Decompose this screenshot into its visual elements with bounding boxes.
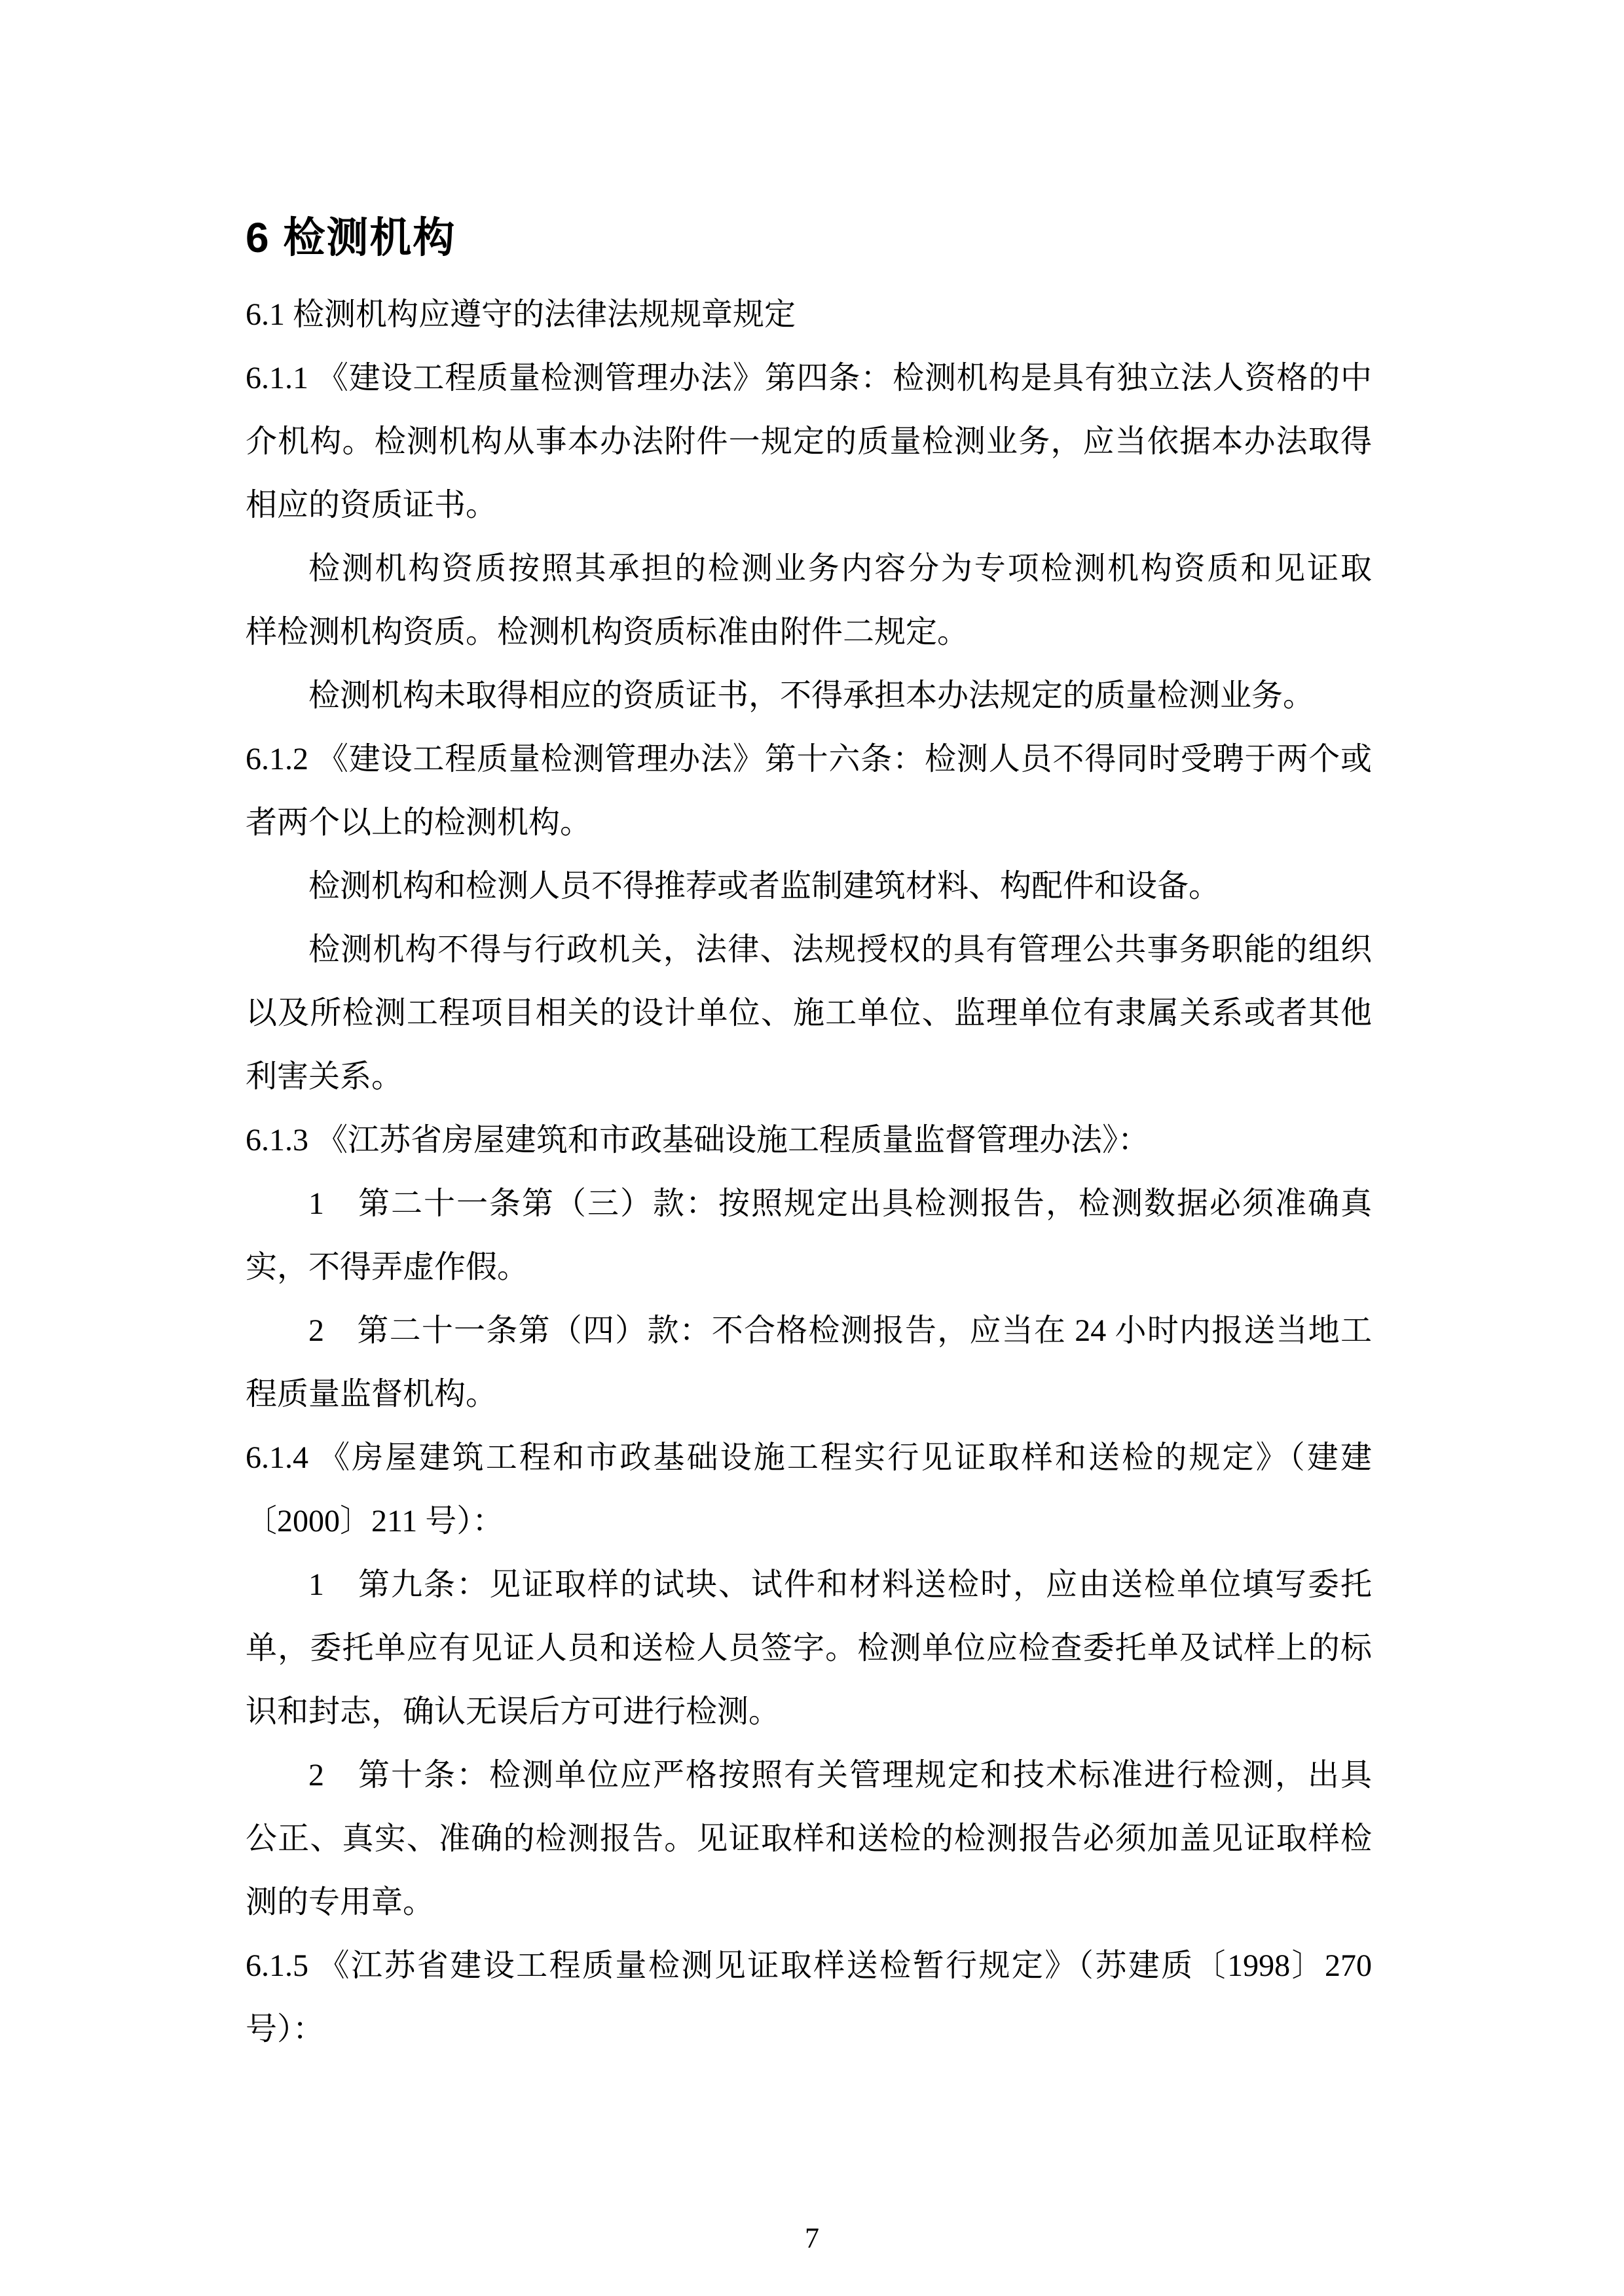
text-line: 程质量监督机构。 [246,1362,1372,1426]
text-line: 号）： [246,1997,1372,2061]
text-line: 2 第十条：检测单位应严格按照有关管理规定和技术标准进行检测，出具 [246,1743,1372,1807]
text-line: 识和封志，确认无误后方可进行检测。 [246,1680,1372,1743]
paragraph: 6.1.5 《江苏省建设工程质量检测见证取样送检暂行规定》（苏建质〔1998〕2… [246,1934,1372,2061]
document-body: 6.1 检测机构应遵守的法律法规规章规定6.1.1 《建设工程质量检测管理办法》… [246,283,1372,2061]
text-line: 2 第二十一条第（四）款：不合格检测报告，应当在 24 小时内报送当地工 [246,1299,1372,1362]
text-line: 6.1.4 《房屋建筑工程和市政基础设施工程实行见证取样和送检的规定》（建建 [246,1426,1372,1489]
paragraph: 1 第九条：见证取样的试块、试件和材料送检时，应由送检单位填写委托单，委托单应有… [246,1553,1372,1743]
paragraph: 1 第二十一条第（三）款：按照规定出具检测报告，检测数据必须准确真实，不得弄虚作… [246,1172,1372,1299]
text-line: 样检测机构资质。检测机构资质标准由附件二规定。 [246,600,1372,664]
text-line: 公正、真实、准确的检测报告。见证取样和送检的检测报告必须加盖见证取样检 [246,1807,1372,1870]
text-line: 检测机构和检测人员不得推荐或者监制建筑材料、构配件和设备。 [246,854,1372,918]
text-line: 检测机构资质按照其承担的检测业务内容分为专项检测机构资质和见证取 [246,537,1372,600]
paragraph: 检测机构资质按照其承担的检测业务内容分为专项检测机构资质和见证取样检测机构资质。… [246,537,1372,664]
text-line: 单，委托单应有见证人员和送检人员签字。检测单位应检查委托单及试样上的标 [246,1616,1372,1680]
text-line: 检测机构不得与行政机关，法律、法规授权的具有管理公共事务职能的组织 [246,918,1372,981]
text-line: 测的专用章。 [246,1870,1372,1934]
text-line: 以及所检测工程项目相关的设计单位、施工单位、监理单位有隶属关系或者其他 [246,981,1372,1045]
text-line: 1 第九条：见证取样的试块、试件和材料送检时，应由送检单位填写委托 [246,1553,1372,1616]
text-line: 〔2000〕211 号）： [246,1489,1372,1553]
text-line: 6.1.5 《江苏省建设工程质量检测见证取样送检暂行规定》（苏建质〔1998〕2… [246,1934,1372,1997]
text-line: 介机构。检测机构从事本办法附件一规定的质量检测业务，应当依据本办法取得 [246,410,1372,473]
paragraph: 检测机构未取得相应的资质证书，不得承担本办法规定的质量检测业务。 [246,664,1372,727]
text-line: 6.1.2 《建设工程质量检测管理办法》第十六条：检测人员不得同时受聘于两个或 [246,727,1372,791]
text-line: 相应的资质证书。 [246,473,1372,537]
text-line: 1 第二十一条第（三）款：按照规定出具检测报告，检测数据必须准确真 [246,1172,1372,1235]
paragraph: 6.1.4 《房屋建筑工程和市政基础设施工程实行见证取样和送检的规定》（建建〔2… [246,1426,1372,1553]
section-heading: 6 检测机构 [246,208,456,267]
paragraph: 6.1.3 《江苏省房屋建筑和市政基础设施工程质量监督管理办法》： [246,1108,1372,1172]
text-line: 6.1.3 《江苏省房屋建筑和市政基础设施工程质量监督管理办法》： [246,1108,1372,1172]
paragraph: 6.1 检测机构应遵守的法律法规规章规定 [246,283,1372,346]
paragraph: 6.1.1 《建设工程质量检测管理办法》第四条：检测机构是具有独立法人资格的中介… [246,346,1372,537]
page-number: 7 [0,2221,1624,2255]
paragraph: 检测机构不得与行政机关，法律、法规授权的具有管理公共事务职能的组织以及所检测工程… [246,918,1372,1108]
text-line: 利害关系。 [246,1045,1372,1108]
paragraph: 2 第十条：检测单位应严格按照有关管理规定和技术标准进行检测，出具公正、真实、准… [246,1743,1372,1934]
text-line: 6.1.1 《建设工程质量检测管理办法》第四条：检测机构是具有独立法人资格的中 [246,346,1372,410]
text-line: 检测机构未取得相应的资质证书，不得承担本办法规定的质量检测业务。 [246,664,1372,727]
paragraph: 检测机构和检测人员不得推荐或者监制建筑材料、构配件和设备。 [246,854,1372,918]
paragraph: 2 第二十一条第（四）款：不合格检测报告，应当在 24 小时内报送当地工程质量监… [246,1299,1372,1426]
paragraph: 6.1.2 《建设工程质量检测管理办法》第十六条：检测人员不得同时受聘于两个或者… [246,727,1372,854]
text-line: 实，不得弄虚作假。 [246,1235,1372,1299]
text-line: 6.1 检测机构应遵守的法律法规规章规定 [246,283,1372,346]
document-page: 6 检测机构 6.1 检测机构应遵守的法律法规规章规定6.1.1 《建设工程质量… [0,0,1624,2296]
text-line: 者两个以上的检测机构。 [246,791,1372,854]
